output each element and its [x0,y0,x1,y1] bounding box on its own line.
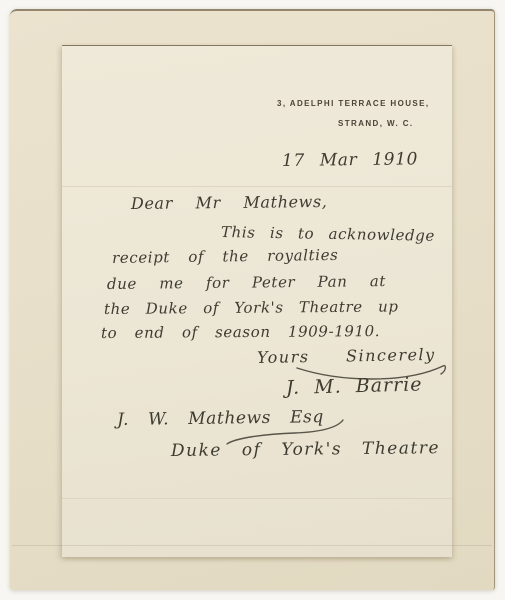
body-line: receipt of the royalties [112,246,339,267]
body-line: the Duke of York's Theatre up [104,297,399,318]
signature: J. M. Barrie [286,373,423,399]
salutation-line: Dear Mr Mathews, [131,192,328,213]
body-line: to end of season 1909-1910. [101,322,380,342]
body-line: This is to acknowledge [221,223,435,245]
closing-line: Yours Sincerely [257,345,436,367]
letterhead-address-line2: STRAND, W. C. [338,119,414,128]
body-line: due me for Peter Pan at [107,272,386,293]
handwritten-date: 17 Mar 1910 [282,149,418,171]
letterhead-address-line1: 3, ADELPHI TERRACE HOUSE, [277,99,430,108]
recipient-address-line: Duke of York's Theatre [171,438,440,461]
scanned-letter-photo: 3, ADELPHI TERRACE HOUSE, STRAND, W. C. … [0,0,505,600]
recipient-name-line: J. W. Mathews Esq [117,407,324,430]
